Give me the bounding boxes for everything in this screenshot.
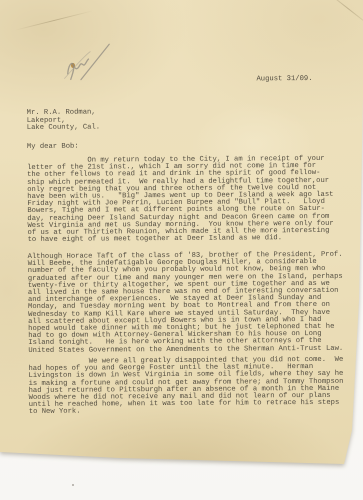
scan-background: August 31/09. Mr. R.A. Rodman,Lakeport,L…: [0, 0, 363, 500]
text-line: Lake County, Cal.: [27, 124, 100, 132]
letter-paper: August 31/09. Mr. R.A. Rodman,Lakeport,L…: [0, 0, 363, 480]
letter-date: August 31/09.: [256, 76, 312, 84]
letter-paragraph-2: Although Horace Taft of the class of '83…: [28, 252, 359, 355]
salutation: My dear Bob:: [27, 144, 79, 152]
text-line: to New York.: [29, 407, 359, 417]
letter-paragraph-1: On my return today to the City, I am in …: [27, 156, 358, 245]
background-speck: [72, 484, 74, 486]
recipient-address-block: Mr. R.A. Rodman,Lakeport,Lake County, Ca…: [27, 109, 100, 132]
letter-paper-shadow: August 31/09. Mr. R.A. Rodman,Lakeport,L…: [0, 0, 363, 500]
text-line: United States Government on the Amendmen…: [28, 345, 358, 355]
paper-stain: [225, 462, 228, 465]
letter-content: August 31/09. Mr. R.A. Rodman,Lakeport,L…: [0, 0, 363, 480]
text-line: to have eight of us meet together at Dee…: [28, 235, 358, 245]
letter-paragraph-3: We were all greatly disappointed that yo…: [28, 357, 358, 417]
